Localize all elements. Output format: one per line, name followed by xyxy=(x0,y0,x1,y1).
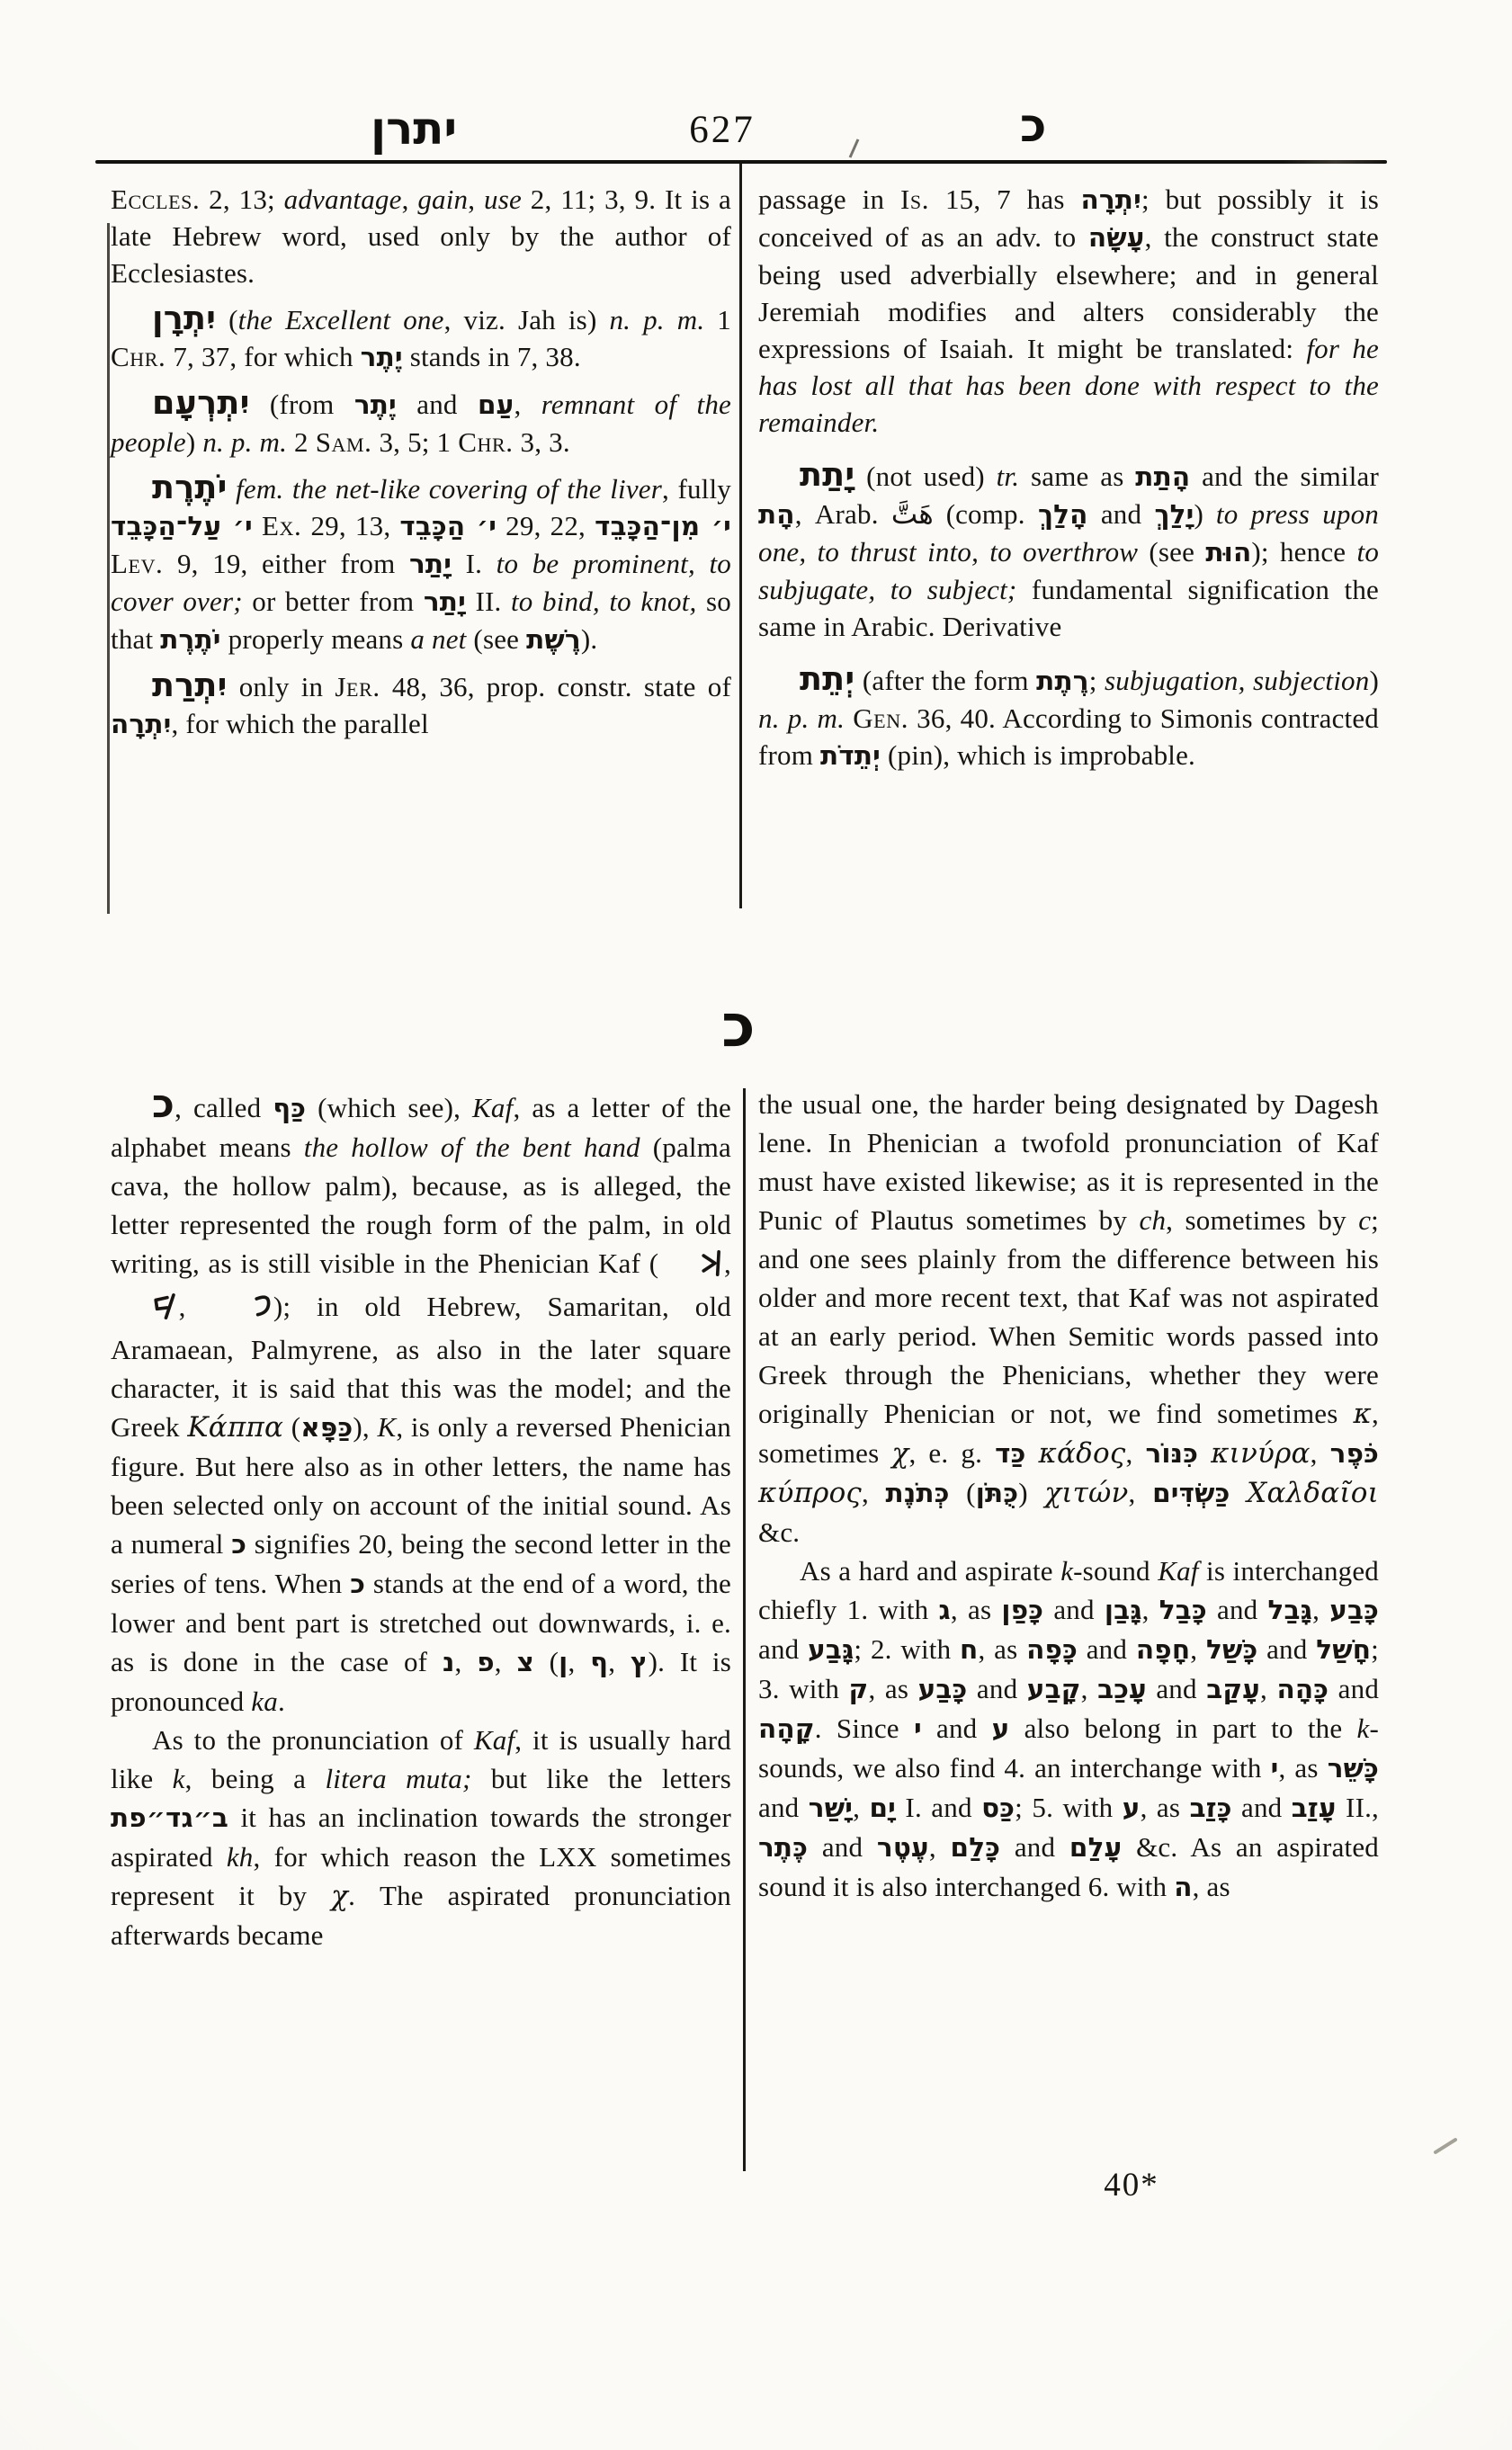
text-run: Kaf xyxy=(474,1724,514,1756)
text-run: only in xyxy=(228,671,336,702)
text-run: י׳ עַל־הַכָּבֵד xyxy=(111,511,253,541)
text-run: &c. xyxy=(758,1516,800,1548)
text-run: ch xyxy=(1139,1204,1166,1236)
text-run: יִתְרָה xyxy=(111,709,172,739)
text-run: , xyxy=(1311,1437,1330,1469)
text-run: 3, 3. xyxy=(514,426,570,458)
text-run: קָהָה xyxy=(758,1713,815,1744)
text-run: ) xyxy=(186,426,202,458)
text-run: Gen. xyxy=(853,702,908,734)
text-run: (which see), xyxy=(306,1092,472,1123)
text-run: , xyxy=(724,1247,731,1279)
paragraph: Eccles. 2, 13; advantage, gain, use 2, 1… xyxy=(111,181,731,291)
text-run: and xyxy=(967,1673,1026,1704)
text-run: n. p. m. xyxy=(202,426,287,458)
paragraph: יִתְרְעָם (from יֶתֶר and עַם, remnant o… xyxy=(111,384,731,460)
text-run: כֻּתֹּן xyxy=(976,1478,1019,1508)
entry-headword: יִתְרָן xyxy=(152,299,216,337)
text-run: , viz. Jah is) xyxy=(444,304,610,335)
text-run: or better from xyxy=(243,586,424,617)
text-run xyxy=(1025,1437,1038,1469)
text-run: הָתַת xyxy=(1135,461,1190,492)
text-run: הָלַךְ xyxy=(1038,499,1088,530)
text-run: χ xyxy=(331,1880,348,1912)
text-run: and the similar xyxy=(1190,460,1379,492)
text-run: יְתֵדֹת xyxy=(820,740,881,771)
paragraph: יֹתֶרֶת fem. the net-like covering of th… xyxy=(111,469,731,658)
text-run: הוּת xyxy=(1205,537,1251,568)
paragraph: יְתֵת (after the form רֶתֶת; subjugation… xyxy=(758,660,1379,774)
running-head-left-catchword: יתרן xyxy=(371,106,457,151)
text-run: י׳ הַכָּבֵד xyxy=(399,511,497,541)
text-run: Sam. xyxy=(316,426,372,458)
kaf-section-left-column: כ, called כַּף (which see), Kaf, as a le… xyxy=(111,1085,731,1954)
text-run: ), xyxy=(353,1411,377,1443)
text-run: 2, 13; xyxy=(200,183,283,215)
text-run: I. and xyxy=(896,1792,981,1823)
paragraph: כ, called כַּף (which see), Kaf, as a le… xyxy=(111,1085,731,1721)
text-run: יָתַר xyxy=(409,549,452,579)
text-run: ב״גד״פת xyxy=(111,1802,228,1833)
text-run: כֹּפֶר xyxy=(1330,1438,1379,1469)
page-number: 627 xyxy=(673,108,772,152)
text-run: Chr. xyxy=(111,341,166,372)
text-run: 1 xyxy=(704,304,731,335)
phoenician-kaf-form-3-icon xyxy=(211,1292,273,1330)
text-run: כָּבַע xyxy=(918,1674,968,1704)
text-run: 48, 36, prop. constr. state of xyxy=(380,671,731,702)
text-run: , as xyxy=(1278,1752,1327,1784)
text-run: 15, 7 has xyxy=(929,183,1080,215)
text-run: to bind, to knot, xyxy=(511,586,697,617)
text-run: χιτών xyxy=(1044,1477,1128,1509)
paragraph: יָתַת (not used) tr. same as הָתַת and t… xyxy=(758,456,1379,645)
text-run xyxy=(1230,1477,1248,1508)
text-run: 9, 19, either from xyxy=(163,548,409,579)
paragraph: יִתְרָן (the Excellent one, viz. Jah is)… xyxy=(111,300,731,376)
text-run: כַּף xyxy=(273,1093,306,1123)
text-run: גָּבַע xyxy=(808,1634,854,1665)
text-run: use xyxy=(484,183,522,215)
text-run: כָּזַב xyxy=(1190,1793,1232,1823)
text-run: , xyxy=(514,389,541,420)
text-run: כָּלַם xyxy=(951,1832,1001,1863)
text-run: κύπρος xyxy=(758,1477,862,1509)
text-run: Jer. xyxy=(335,671,380,702)
paragraph: As a hard and aspirate k-sound Kaf is in… xyxy=(758,1551,1379,1907)
text-run: הָת xyxy=(758,499,795,530)
text-run: עָקַב xyxy=(1206,1674,1260,1704)
text-run: ע xyxy=(1123,1793,1141,1823)
text-run: the Excellent one xyxy=(238,304,444,335)
text-run: c xyxy=(1358,1204,1371,1236)
phoenician-kaf-form-2-icon xyxy=(111,1292,179,1330)
text-run: Kaf xyxy=(1158,1555,1198,1587)
text-run: properly means xyxy=(221,623,411,655)
text-run: n. p. m. xyxy=(609,304,704,335)
column-divider-top xyxy=(739,164,742,908)
text-run: ח xyxy=(960,1634,978,1665)
paragraph: the usual one, the harder being designat… xyxy=(758,1085,1379,1551)
text-run: , xyxy=(862,1477,886,1508)
text-run: , being a xyxy=(185,1763,326,1794)
text-run: , xyxy=(1129,1477,1153,1508)
text-run: , Arab. xyxy=(795,498,891,530)
text-run: חָשַׁל xyxy=(1316,1634,1371,1665)
text-run xyxy=(845,702,853,734)
section-heading-letter-kaf: כ xyxy=(680,997,797,1056)
text-run: ; 5. with xyxy=(1015,1792,1123,1823)
paragraph: passage in Is. 15, 7 has יִתְרָה; but po… xyxy=(758,181,1379,441)
text-run: יֶתֶר xyxy=(361,342,403,372)
text-run: עָשָׂה xyxy=(1088,222,1145,253)
text-run: and xyxy=(1232,1792,1292,1823)
scan-artifact-tick xyxy=(849,139,860,157)
kaf-section-right-column: the usual one, the harder being designat… xyxy=(758,1085,1379,1907)
text-run: , as xyxy=(951,1594,1002,1625)
text-run: ה xyxy=(1174,1872,1192,1902)
text-run: , e. g. xyxy=(908,1437,995,1469)
text-run: ) xyxy=(1194,498,1216,530)
text-run: ( xyxy=(216,304,238,335)
text-run: , xyxy=(1142,1594,1159,1625)
text-run: and xyxy=(1207,1594,1268,1625)
text-run: כָּשַׁל xyxy=(1206,1634,1257,1665)
text-run: כָּבַל xyxy=(1159,1595,1207,1625)
text-run: ן xyxy=(559,1647,568,1677)
text-run: subjugation, subjection xyxy=(1105,665,1369,696)
text-run: stands in 7, 38. xyxy=(403,341,581,372)
entry-headword: יֹתֶרֶת xyxy=(152,468,228,506)
text-run: כְּתֹנֶת xyxy=(886,1478,950,1508)
entry-headword: יְתֵת xyxy=(800,659,854,698)
text-run: כַּפָּא xyxy=(300,1412,353,1443)
text-run: , xyxy=(179,1291,212,1322)
text-run: כ xyxy=(231,1529,246,1560)
text-run: רֶתֶת xyxy=(1036,666,1089,696)
text-run: k xyxy=(1357,1712,1370,1744)
text-run: Χαλδαῖοι xyxy=(1247,1477,1379,1509)
paragraph: יִתְרַת only in Jer. 48, 36, prop. const… xyxy=(111,666,731,743)
phoenician-kaf-form-1-icon xyxy=(658,1248,724,1287)
text-run: 3, 5; 1 xyxy=(372,426,459,458)
text-run: ); hence xyxy=(1251,536,1356,568)
text-run: ( xyxy=(950,1477,976,1508)
paragraph: As to the pronunciation of Kaf, it is us… xyxy=(111,1721,731,1954)
text-run: ka xyxy=(251,1685,278,1717)
text-run: ) xyxy=(1018,1477,1044,1508)
text-run: , as xyxy=(1193,1871,1230,1902)
text-run: ). xyxy=(581,623,597,655)
text-run: , for which the parallel xyxy=(172,708,429,739)
text-run: גָּבַל xyxy=(1268,1595,1313,1625)
text-run: יָלַךְ xyxy=(1154,499,1194,530)
text-run: כָּבַע xyxy=(1329,1595,1379,1625)
text-run: 7, 37, for which xyxy=(166,341,360,372)
text-run: (see xyxy=(1138,536,1205,568)
text-run: κινύρα xyxy=(1211,1437,1311,1470)
text-run: יָתַר xyxy=(424,586,466,617)
text-run: , xyxy=(1081,1673,1097,1704)
text-run: (after the form xyxy=(854,665,1036,696)
text-run: (not used) xyxy=(854,460,996,492)
text-run: II., xyxy=(1337,1792,1379,1823)
text-run: 29, 13, xyxy=(301,510,399,541)
text-run: , xyxy=(608,1646,631,1677)
text-run: רֶשֶׁת xyxy=(526,624,581,655)
text-run: עָזַב xyxy=(1292,1793,1337,1823)
text-run: , fully xyxy=(662,473,731,505)
entry-headword: יָתַת xyxy=(800,455,854,494)
text-run: ק xyxy=(849,1674,869,1704)
text-run: עֶטֶר xyxy=(877,1832,929,1863)
text-run: Κάππα xyxy=(187,1411,283,1444)
text-run: Chr. xyxy=(458,426,513,458)
text-run: , xyxy=(1260,1673,1276,1704)
text-run: a net xyxy=(410,623,466,655)
text-run: . xyxy=(278,1685,285,1717)
text-run: צ xyxy=(516,1647,533,1677)
text-run: fem. the net-like covering of the liver xyxy=(236,473,662,505)
text-run: n. p. m. xyxy=(758,702,845,734)
text-run: עָלַם xyxy=(1069,1832,1122,1863)
text-run: חָפָה xyxy=(1136,1634,1190,1665)
text-run: (comp. xyxy=(934,498,1038,530)
text-run: K xyxy=(377,1411,396,1443)
text-run: , as xyxy=(1141,1792,1190,1823)
text-run: κ xyxy=(1354,1398,1373,1430)
scanned-lexicon-page: יתרן 627 כ Eccles. 2, 13; advantage, gai… xyxy=(0,0,1512,2450)
text-run: k xyxy=(1060,1555,1073,1587)
text-run: ג xyxy=(939,1595,951,1625)
text-run: and xyxy=(1078,1633,1136,1665)
text-run: עַם xyxy=(478,389,514,420)
text-run: , as xyxy=(868,1673,917,1704)
running-head-right-catchword: כ xyxy=(1020,103,1046,149)
text-run: ; and one sees plainly from the differen… xyxy=(758,1204,1379,1429)
text-run: Is. xyxy=(900,183,929,215)
text-run: and xyxy=(758,1792,809,1823)
text-run: and xyxy=(397,389,478,420)
text-run: 29, 22, xyxy=(497,510,595,541)
text-run: , xyxy=(1312,1594,1329,1625)
text-run: ץ xyxy=(631,1647,649,1677)
text-run: and xyxy=(758,1633,808,1665)
text-run: Ex. xyxy=(262,510,301,541)
text-run xyxy=(253,510,262,541)
text-run: י׳ מִן־הַכָּבֵד xyxy=(595,511,731,541)
text-run: advantage xyxy=(284,183,402,215)
text-run: As to the pronunciation of xyxy=(152,1724,474,1756)
text-run: קָבַע xyxy=(1027,1674,1081,1704)
text-run: Lev. xyxy=(111,548,163,579)
text-run: (see xyxy=(466,623,526,655)
text-run: the hollow of the bent hand xyxy=(304,1131,640,1163)
text-run: and xyxy=(922,1712,992,1744)
text-run: י xyxy=(914,1713,922,1744)
entry-headword: יִתְרַת xyxy=(152,666,228,704)
text-run: κάδος xyxy=(1039,1437,1126,1470)
text-run: I. xyxy=(452,548,497,579)
text-run: כַּס xyxy=(981,1793,1015,1823)
text-run: ( xyxy=(534,1646,559,1677)
text-run: (from xyxy=(250,389,354,420)
text-run xyxy=(1198,1437,1211,1469)
column-divider-kaf xyxy=(743,1088,746,2171)
text-run: פ xyxy=(477,1647,495,1677)
text-run: gain xyxy=(417,183,468,215)
text-run: , xyxy=(468,183,484,215)
text-run: and xyxy=(1088,498,1155,530)
text-run: Kaf xyxy=(472,1092,513,1123)
text-run: , as xyxy=(978,1633,1026,1665)
text-run: ) xyxy=(1369,665,1379,696)
text-run: also belong in part to the xyxy=(1009,1712,1356,1744)
entry-headword: יִתְרְעָם xyxy=(152,383,250,422)
scan-artifact-stray-mark xyxy=(1433,2137,1458,2154)
text-run: כִּנּוֹר xyxy=(1145,1438,1198,1469)
top-section-left-column: Eccles. 2, 13; advantage, gain, use 2, 1… xyxy=(111,181,731,743)
text-run: ; xyxy=(1089,665,1105,696)
text-run: , xyxy=(1125,1437,1145,1469)
entry-headword: כ xyxy=(152,1081,174,1127)
text-run: kh xyxy=(227,1841,254,1873)
text-run: and xyxy=(1257,1633,1316,1665)
text-run: ע xyxy=(992,1713,1010,1744)
text-run: tr. xyxy=(997,460,1020,492)
text-run: but like the letters xyxy=(471,1763,731,1794)
text-run: passage in xyxy=(758,183,900,215)
text-run: and xyxy=(808,1831,877,1863)
text-run: יֹתֶרֶת xyxy=(160,624,220,655)
text-run: ף xyxy=(590,1647,608,1677)
top-section-right-column: passage in Is. 15, 7 has יִתְרָה; but po… xyxy=(758,181,1379,774)
text-run: χ xyxy=(891,1437,908,1470)
text-run: As a hard and aspirate xyxy=(800,1555,1060,1587)
text-run: ; 2. with xyxy=(854,1633,960,1665)
text-run: כָּהָה xyxy=(1276,1674,1329,1704)
text-run: k xyxy=(173,1763,185,1794)
text-run: גָּבַן xyxy=(1105,1595,1142,1625)
text-run: עָכַב xyxy=(1097,1674,1147,1704)
text-run: כָּשֵׁר xyxy=(1328,1753,1379,1784)
text-run: יָם xyxy=(869,1793,896,1823)
text-run: ( xyxy=(283,1411,300,1443)
text-run: , sometimes by xyxy=(1166,1204,1358,1236)
text-run: II. xyxy=(466,586,511,617)
text-run: same as xyxy=(1019,460,1135,492)
text-run: and xyxy=(1043,1594,1105,1625)
text-run: , xyxy=(402,183,418,215)
signature-mark: 40* xyxy=(1078,2166,1185,2204)
text-run: כַּד xyxy=(995,1438,1025,1469)
text-run: , xyxy=(495,1646,517,1677)
text-run: , xyxy=(929,1831,951,1863)
text-run: כָּפַן xyxy=(1001,1595,1043,1625)
text-run: and xyxy=(1147,1673,1206,1704)
scan-edge-line xyxy=(107,223,110,914)
text-run: Eccles. xyxy=(111,183,200,215)
text-run: , xyxy=(568,1646,590,1677)
text-run: נ xyxy=(443,1647,455,1677)
text-run: and xyxy=(1000,1831,1069,1863)
text-run: , xyxy=(853,1792,869,1823)
text-run: כֶּתֶר xyxy=(758,1832,808,1863)
text-run: יָשַׁר xyxy=(809,1793,853,1823)
text-run: , xyxy=(1190,1633,1206,1665)
text-run: כ xyxy=(350,1569,365,1599)
text-run: כָּפָה xyxy=(1026,1634,1078,1665)
text-run: , xyxy=(454,1646,477,1677)
text-run: . Since xyxy=(815,1712,914,1744)
text-run: هَتَّ xyxy=(891,498,934,531)
text-run: יֶתֶר xyxy=(354,389,397,420)
text-run: (pin), which is improbable. xyxy=(881,739,1195,771)
text-run xyxy=(228,473,236,505)
text-run: and xyxy=(1329,1673,1379,1704)
text-run: litera muta; xyxy=(325,1763,471,1794)
text-run: -sound xyxy=(1073,1555,1158,1587)
text-run: כַּשְׂדִּים xyxy=(1152,1478,1230,1508)
text-run: , called xyxy=(174,1092,273,1123)
text-run: 2 xyxy=(287,426,316,458)
text-run: יִתְרָה xyxy=(1080,184,1141,215)
